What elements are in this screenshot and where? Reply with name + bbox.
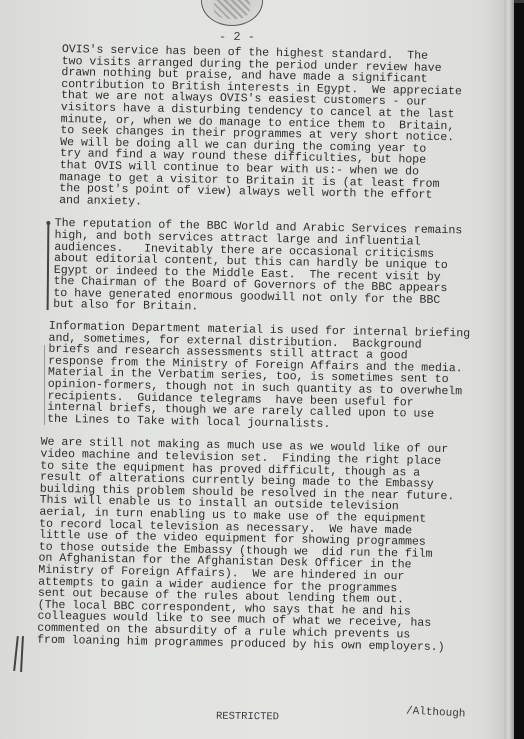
document-page: - 2 - OVIS's service has been of the hig… xyxy=(0,0,508,739)
paragraph-video-equipment: We are still not making as much use as w… xyxy=(37,437,495,654)
paragraph-ovis: OVIS's service has been of the highest s… xyxy=(59,44,502,214)
paragraph-information-department: Information Department material is used … xyxy=(47,321,497,434)
royal-crest-icon xyxy=(201,0,263,26)
margin-mark xyxy=(47,224,49,310)
margin-mark xyxy=(20,636,23,672)
page-edge xyxy=(504,0,514,739)
document-body: OVIS's service has been of the highest s… xyxy=(51,44,502,664)
paragraph-bbc: The reputation of the BBC World and Arab… xyxy=(53,218,499,319)
catchword: /Although xyxy=(406,705,466,720)
page-number: - 2 - xyxy=(219,30,255,44)
margin-mark xyxy=(44,345,45,425)
classification-marking: RESTRICTED xyxy=(216,711,279,724)
margin-mark xyxy=(13,636,18,671)
